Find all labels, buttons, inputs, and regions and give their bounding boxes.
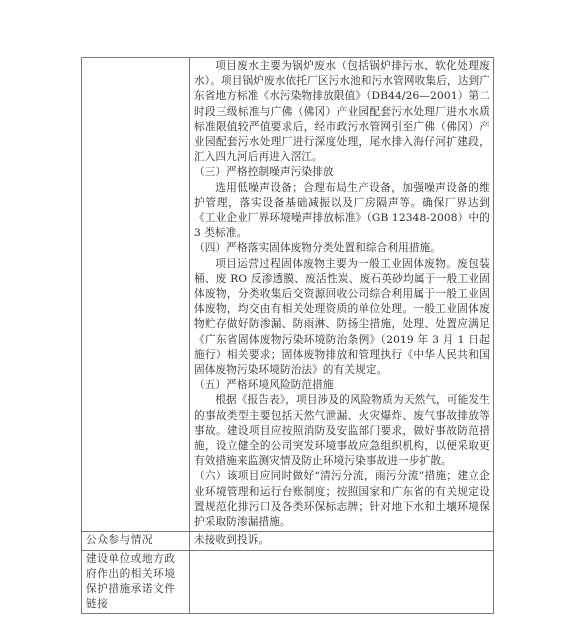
table-row-commitment-link: 建设单位或地方政府作出的相关环境保护措施承诺文件链接 bbox=[82, 550, 494, 614]
row-label bbox=[82, 58, 189, 60]
measures-table: 项目废水主要为锅炉废水（包括锅炉排污水、软化处理废水）。项目锅炉废水依托厂区污水… bbox=[81, 57, 494, 614]
table-row-measures: 项目废水主要为锅炉废水（包括锅炉排污水、软化处理废水）。项目锅炉废水依托厂区污水… bbox=[82, 58, 494, 532]
heading-noise: （三）严格控制噪声污染排放 bbox=[194, 165, 490, 180]
row-label-cell: 建设单位或地方政府作出的相关环境保护措施承诺文件链接 bbox=[82, 550, 190, 614]
paragraph-noise: 选用低噪声设备；合理布局生产设备，加强噪声设备的维护管理，落实设备基础减振以及厂… bbox=[194, 181, 490, 242]
empty-content bbox=[190, 551, 493, 553]
paragraph-rain-sewage: （六）该项目应同时做好“清污分流，雨污分流”措施；建立企业环境管理和运行台账制度… bbox=[194, 469, 490, 530]
paragraph-risk: 根据《报告表》，项目涉及的风险物质为天然气，可能发生的事故类型主要包括天然气泄漏… bbox=[194, 393, 490, 469]
row-label: 公众参与情况 bbox=[82, 532, 189, 549]
heading-solid-waste: （四）严格落实固体废物分类处置和综合利用措施。 bbox=[194, 241, 490, 256]
heading-risk: （五）严格环境风险防范措施 bbox=[194, 378, 490, 393]
paragraph-solid-waste: 项目运营过程固体废物主要为一般工业固体废物。废包装桶、废 RO 反渗透膜、废活性… bbox=[194, 257, 490, 379]
paragraph-wastewater: 项目废水主要为锅炉废水（包括锅炉排污水、软化处理废水）。项目锅炉废水依托厂区污水… bbox=[194, 59, 490, 165]
paragraph-complaints: 未接收到投诉。 bbox=[194, 533, 490, 548]
row-content-cell bbox=[190, 550, 494, 614]
row-label-cell: 公众参与情况 bbox=[82, 532, 190, 550]
row-label-cell bbox=[82, 58, 190, 532]
row-content-cell: 项目废水主要为锅炉废水（包括锅炉排污水、软化处理废水）。项目锅炉废水依托厂区污水… bbox=[190, 58, 494, 532]
row-content-cell: 未接收到投诉。 bbox=[190, 532, 494, 550]
table-row-public-participation: 公众参与情况 未接收到投诉。 bbox=[82, 532, 494, 550]
row-label: 建设单位或地方政府作出的相关环境保护措施承诺文件链接 bbox=[82, 551, 189, 614]
document-page: 项目废水主要为锅炉废水（包括锅炉排污水、软化处理废水）。项目锅炉废水依托厂区污水… bbox=[0, 0, 561, 638]
